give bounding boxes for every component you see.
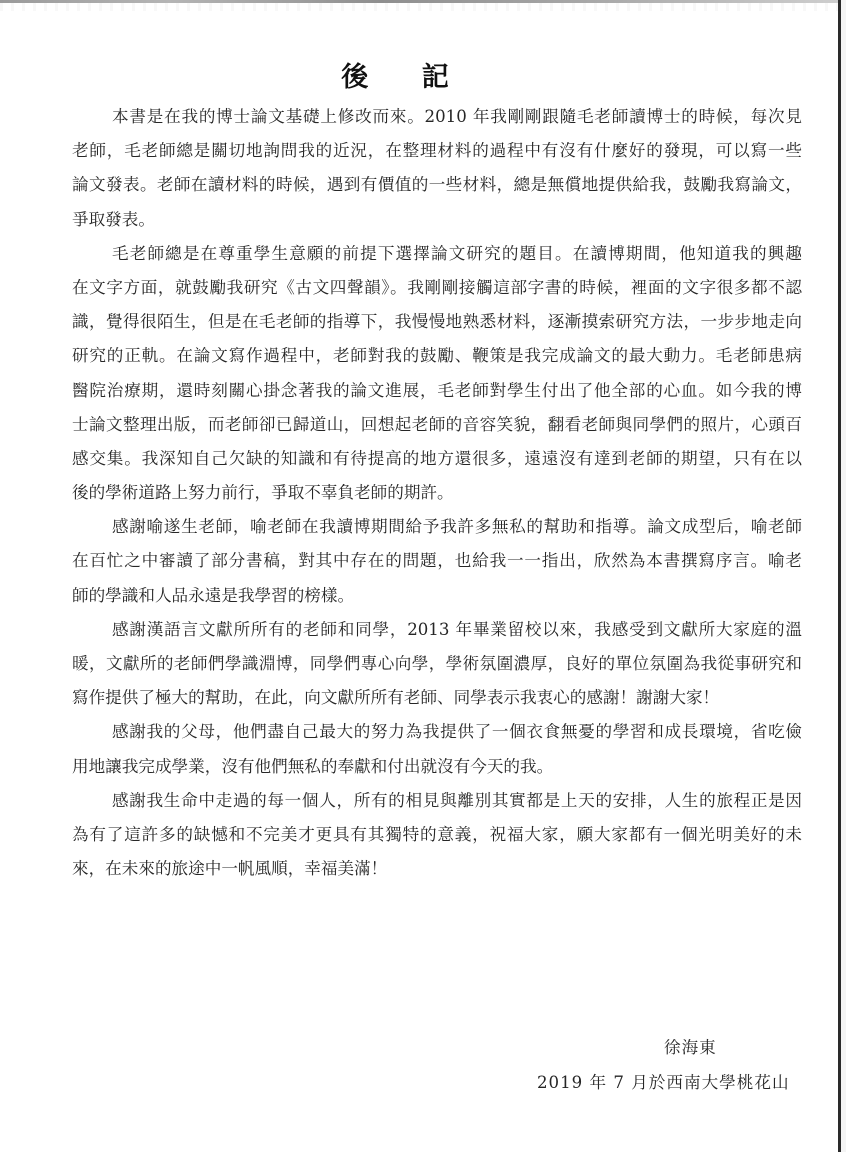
text-line: 研究的正軌。在論文寫作過程中，老師對我的鼓勵、鞭策是我完成論文的最大動力。毛老師… [72,339,802,373]
text-line: 毛老師總是在尊重學生意願的前提下選擇論文研究的題目。在讀博期間，他知道我的興趣 [72,237,802,271]
paragraph-4: 感謝漢語言文獻所所有的老師和同學，2013 年畢業留校以來，我感受到文獻所大家庭… [72,613,802,716]
text-line: 在百忙之中審讀了部分書稿，對其中存在的問題，也給我一一指出，欣然為本書撰寫序言。… [72,544,802,578]
text-line: 感謝我生命中走過的每一個人，所有的相見與離別其實都是上天的安排，人生的旅程正是因 [72,784,802,818]
text-line: 識，覺得很陌生，但是在毛老師的指導下，我慢慢地熟悉材料，逐漸摸索研究方法，一步步… [72,305,802,339]
text-line: 為有了這許多的缺憾和不完美才更具有其獨特的意義，祝福大家，願大家都有一個光明美好… [72,818,802,852]
document-body: 本書是在我的博士論文基礎上修改而來。2010 年我剛剛跟隨毛老師讀博士的時候，每… [72,100,802,886]
text-line: 士論文整理出版，而老師卻已歸道山，回想起老師的音容笑貌，翻看老師與同學們的照片，… [72,408,802,442]
text-line: 暖，文獻所的老師們學識淵博，同學們專心向學，學術氛圍濃厚，良好的單位氛圍為我從事… [72,647,802,681]
paragraph-6: 感謝我生命中走過的每一個人，所有的相見與離別其實都是上天的安排，人生的旅程正是因… [72,784,802,887]
text-line: 用地讓我完成學業，沒有他們無私的奉獻和付出就沒有今天的我。 [72,750,802,784]
text-line: 師的學識和人品永遠是我學習的榜樣。 [72,579,802,613]
paragraph-3: 感謝喻遂生老師，喻老師在我讀博期間給予我許多無私的幫助和指導。論文成型后，喻老師… [72,510,802,613]
text-line: 在文字方面，就鼓勵我研究《古文四聲韻》。我剛剛接觸這部字書的時候，裡面的文字很多… [72,271,802,305]
text-line: 爭取發表。 [72,203,802,237]
text-line: 感謝我的父母，他們盡自己最大的努力為我提供了一個衣食無憂的學習和成長環境，省吃儉 [72,715,802,749]
text-line: 來，在未來的旅途中一帆風順，幸福美滿！ [72,852,802,886]
text-line: 本書是在我的博士論文基礎上修改而來。2010 年我剛剛跟隨毛老師讀博士的時候，每… [72,100,802,134]
text-line: 感謝喻遂生老師，喻老師在我讀博期間給予我許多無私的幫助和指導。論文成型后，喻老師 [72,510,802,544]
text-line: 感交集。我深知自己欠缺的知識和有待提高的地方還很多，遠遠沒有達到老師的期望，只有… [72,442,802,476]
paragraph-5: 感謝我的父母，他們盡自己最大的努力為我提供了一個衣食無憂的學習和成長環境，省吃儉… [72,715,802,783]
text-line: 論文發表。老師在讀材料的時候，遇到有價值的一些材料，總是無償地提供給我，鼓勵我寫… [72,168,802,202]
page-title: 後 記 [0,60,812,96]
text-line: 寫作提供了極大的幫助，在此，向文獻所所有老師、同學表示我衷心的感謝！謝謝大家！ [72,681,802,715]
author-signature: 徐海東 [664,1034,717,1062]
text-line: 醫院治療期，還時刻關心掛念著我的論文進展，毛老師對學生付出了他全部的心血。如今我… [72,374,802,408]
text-line: 老師，毛老師總是關切地詢問我的近況，在整理材料的過程中有沒有什麼好的發現，可以寫… [72,134,802,168]
scan-noise-top [0,3,846,11]
paragraph-1: 本書是在我的博士論文基礎上修改而來。2010 年我剛剛跟隨毛老師讀博士的時候，每… [72,100,802,237]
text-line: 感謝漢語言文獻所所有的老師和同學，2013 年畢業留校以來，我感受到文獻所大家庭… [72,613,802,647]
paragraph-2: 毛老師總是在尊重學生意願的前提下選擇論文研究的題目。在讀博期間，他知道我的興趣 … [72,237,802,511]
text-line: 後的學術道路上努力前行，爭取不辜負老師的期許。 [72,476,802,510]
date-place: 2019 年 7 月於西南大學桃花山 [537,1069,790,1097]
scan-margin-right [841,0,846,1152]
